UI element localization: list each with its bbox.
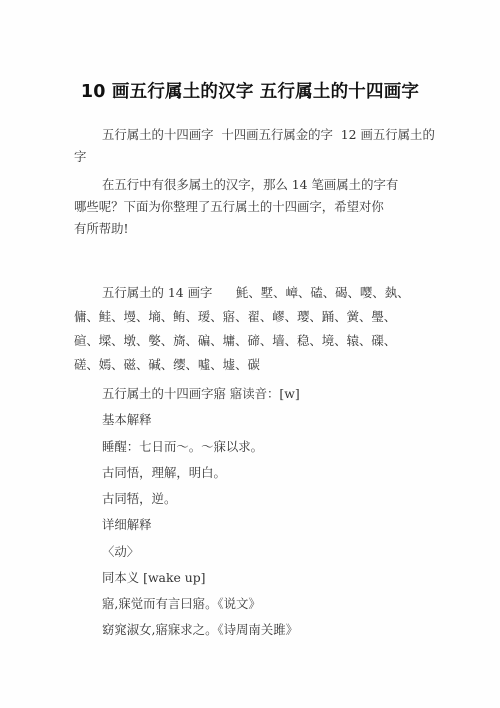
basic-explanation-heading: 基本解释 [102,412,152,428]
document-title: 10 画五行属土的汉字 五行属土的十四画字 [0,78,500,103]
keywords-paragraph: 五行属土的十四画字 十四画五行属金的字 12 画五行属土的字 [74,124,436,168]
char-list-line-3: 碹、墚、墩、嫳、旖、碥、墉、碲、墙、稳、境、辕、磲、 [74,329,436,353]
char-list-line-4: 磋、嫣、磁、碱、缨、噓、墟、碳 [74,353,436,377]
definition-1: 睡醒：七日而～。～寐以求。 [102,439,263,455]
part-of-speech: 〈动〉 [102,544,139,560]
char-list-line-1: 五行属土的 14 画字 魹、墅、嶂、磕、碣、嘤、埶、 [74,281,436,305]
definition-2: 古同悟，理解，明白。 [102,465,226,481]
intro-line-1: 在五行中有很多属土的汉字，那么 14 笔画属土的字有 [74,174,436,196]
citation-2: 窈窕淑女,寤寐求之。《诗周南关雎》 [102,622,298,638]
detailed-explanation-heading: 详细解释 [102,517,152,533]
entry-heading: 五行属土的十四画字寤 寤读音：[w] [102,386,300,402]
citation-1: 寤,寐觉而有言曰寤。《说文》 [102,596,261,612]
intro-keywords: 五行属土的十四画字 十四画五行属金的字 12 画五行属土的字 [74,124,436,168]
intro-line-2: 哪些呢？下面为你整理了五行属土的十四画字，希望对你 [74,196,436,218]
char-list-line-2: 傭、鲑、墁、墒、鲔、瑷、寤、翟、嵺、璎、踊、黉、璺、 [74,305,436,329]
document-page: 10 画五行属土的汉字 五行属土的十四画字 五行属土的十四画字 十四画五行属金的… [0,0,500,708]
original-meaning: 同本义 [wake up] [102,570,205,586]
definition-3: 古同牾，逆。 [102,491,176,507]
char-list: 五行属土的 14 画字 魹、墅、嶂、磕、碣、嘤、埶、 傭、鲑、墁、墒、鲔、瑷、寤… [74,281,436,377]
intro-paragraph: 在五行中有很多属土的汉字，那么 14 笔画属土的字有 哪些呢？下面为你整理了五行… [74,174,436,240]
intro-line-3: 有所帮助! [74,218,436,240]
